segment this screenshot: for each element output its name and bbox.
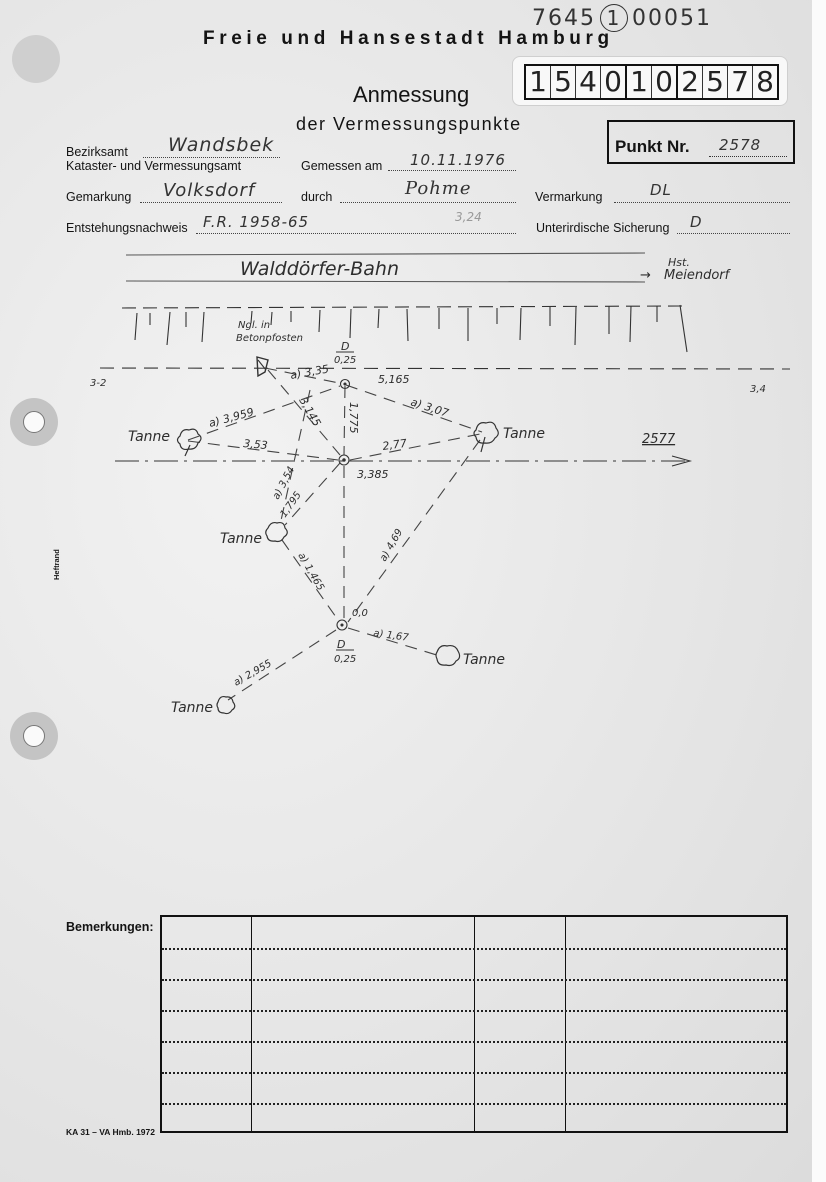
margin-note-left: 3-2 — [90, 378, 106, 389]
measurement-label: 0,0 — [352, 608, 368, 619]
top-point-mark: D — [341, 340, 349, 353]
tree-label-right: Tanne — [503, 426, 545, 442]
measurement-label: a) 4,69 — [378, 527, 405, 563]
bemerkungen-label: Bemerkungen: — [66, 920, 154, 934]
table-row-line — [162, 979, 786, 981]
table-row-line — [162, 1041, 786, 1043]
direction-label-arrow: → — [640, 268, 651, 283]
table-row-line — [162, 1010, 786, 1012]
heftrand-label: Heftrand — [52, 549, 61, 580]
measurement-label: a) 3,959 — [207, 405, 255, 429]
post-note-1: Ngl. in — [238, 320, 270, 331]
margin-note-right: 3,4 — [750, 384, 766, 395]
measurement-label: a) 3,07 — [409, 395, 450, 419]
scan-edge — [812, 0, 826, 1182]
measurement-label: 5,165 — [378, 373, 410, 386]
bottom-point-mark: D — [337, 638, 345, 651]
table-row-line — [162, 948, 786, 950]
measurement-label: 2,77 — [382, 437, 408, 453]
measurement-label: 3,145 — [296, 395, 323, 429]
survey-sketch: Walddörfer-Bahn Hst. → Meiendorf Ngl. in… — [0, 0, 812, 900]
boundary-dashed-line — [100, 368, 790, 369]
tree-label-mid: Tanne — [220, 531, 262, 547]
fence-top-line — [122, 306, 685, 308]
direction-label-2: Meiendorf — [664, 268, 732, 283]
tree-label-bottom-right: Tanne — [463, 652, 505, 668]
survey-form-page: 7645100051 Freie und Hansestadt Hamburg … — [0, 0, 812, 1182]
table-row-line — [162, 1072, 786, 1074]
measurement-label: 3,53 — [243, 437, 269, 452]
table-row-line — [162, 1103, 786, 1105]
post-note-2: Betonpfosten — [236, 333, 303, 344]
measurement-label: a) 2,955 — [232, 658, 274, 688]
tree-label-bottom-left: Tanne — [171, 700, 213, 716]
fence-posts — [135, 305, 687, 352]
measurement-label: a) 1,465 — [295, 551, 325, 593]
measurement-label: 1,775 — [347, 402, 360, 434]
tree-label-left: Tanne — [128, 429, 170, 445]
measurement-label: a) 3,35 — [289, 362, 330, 382]
rail-upper-line — [126, 253, 645, 255]
bottom-point-depth: 0,25 — [334, 654, 356, 665]
measurement-label: 3,385 — [357, 468, 389, 481]
rail-label: Walddörfer-Bahn — [240, 258, 399, 280]
bemerkungen-table — [160, 915, 788, 1133]
rail-lower-line — [126, 281, 645, 282]
next-point-label: 2577 — [642, 432, 676, 447]
form-code-footer: KA 31 – VA Hmb. 1972 — [66, 1127, 155, 1137]
top-point-depth: 0,25 — [334, 355, 356, 366]
